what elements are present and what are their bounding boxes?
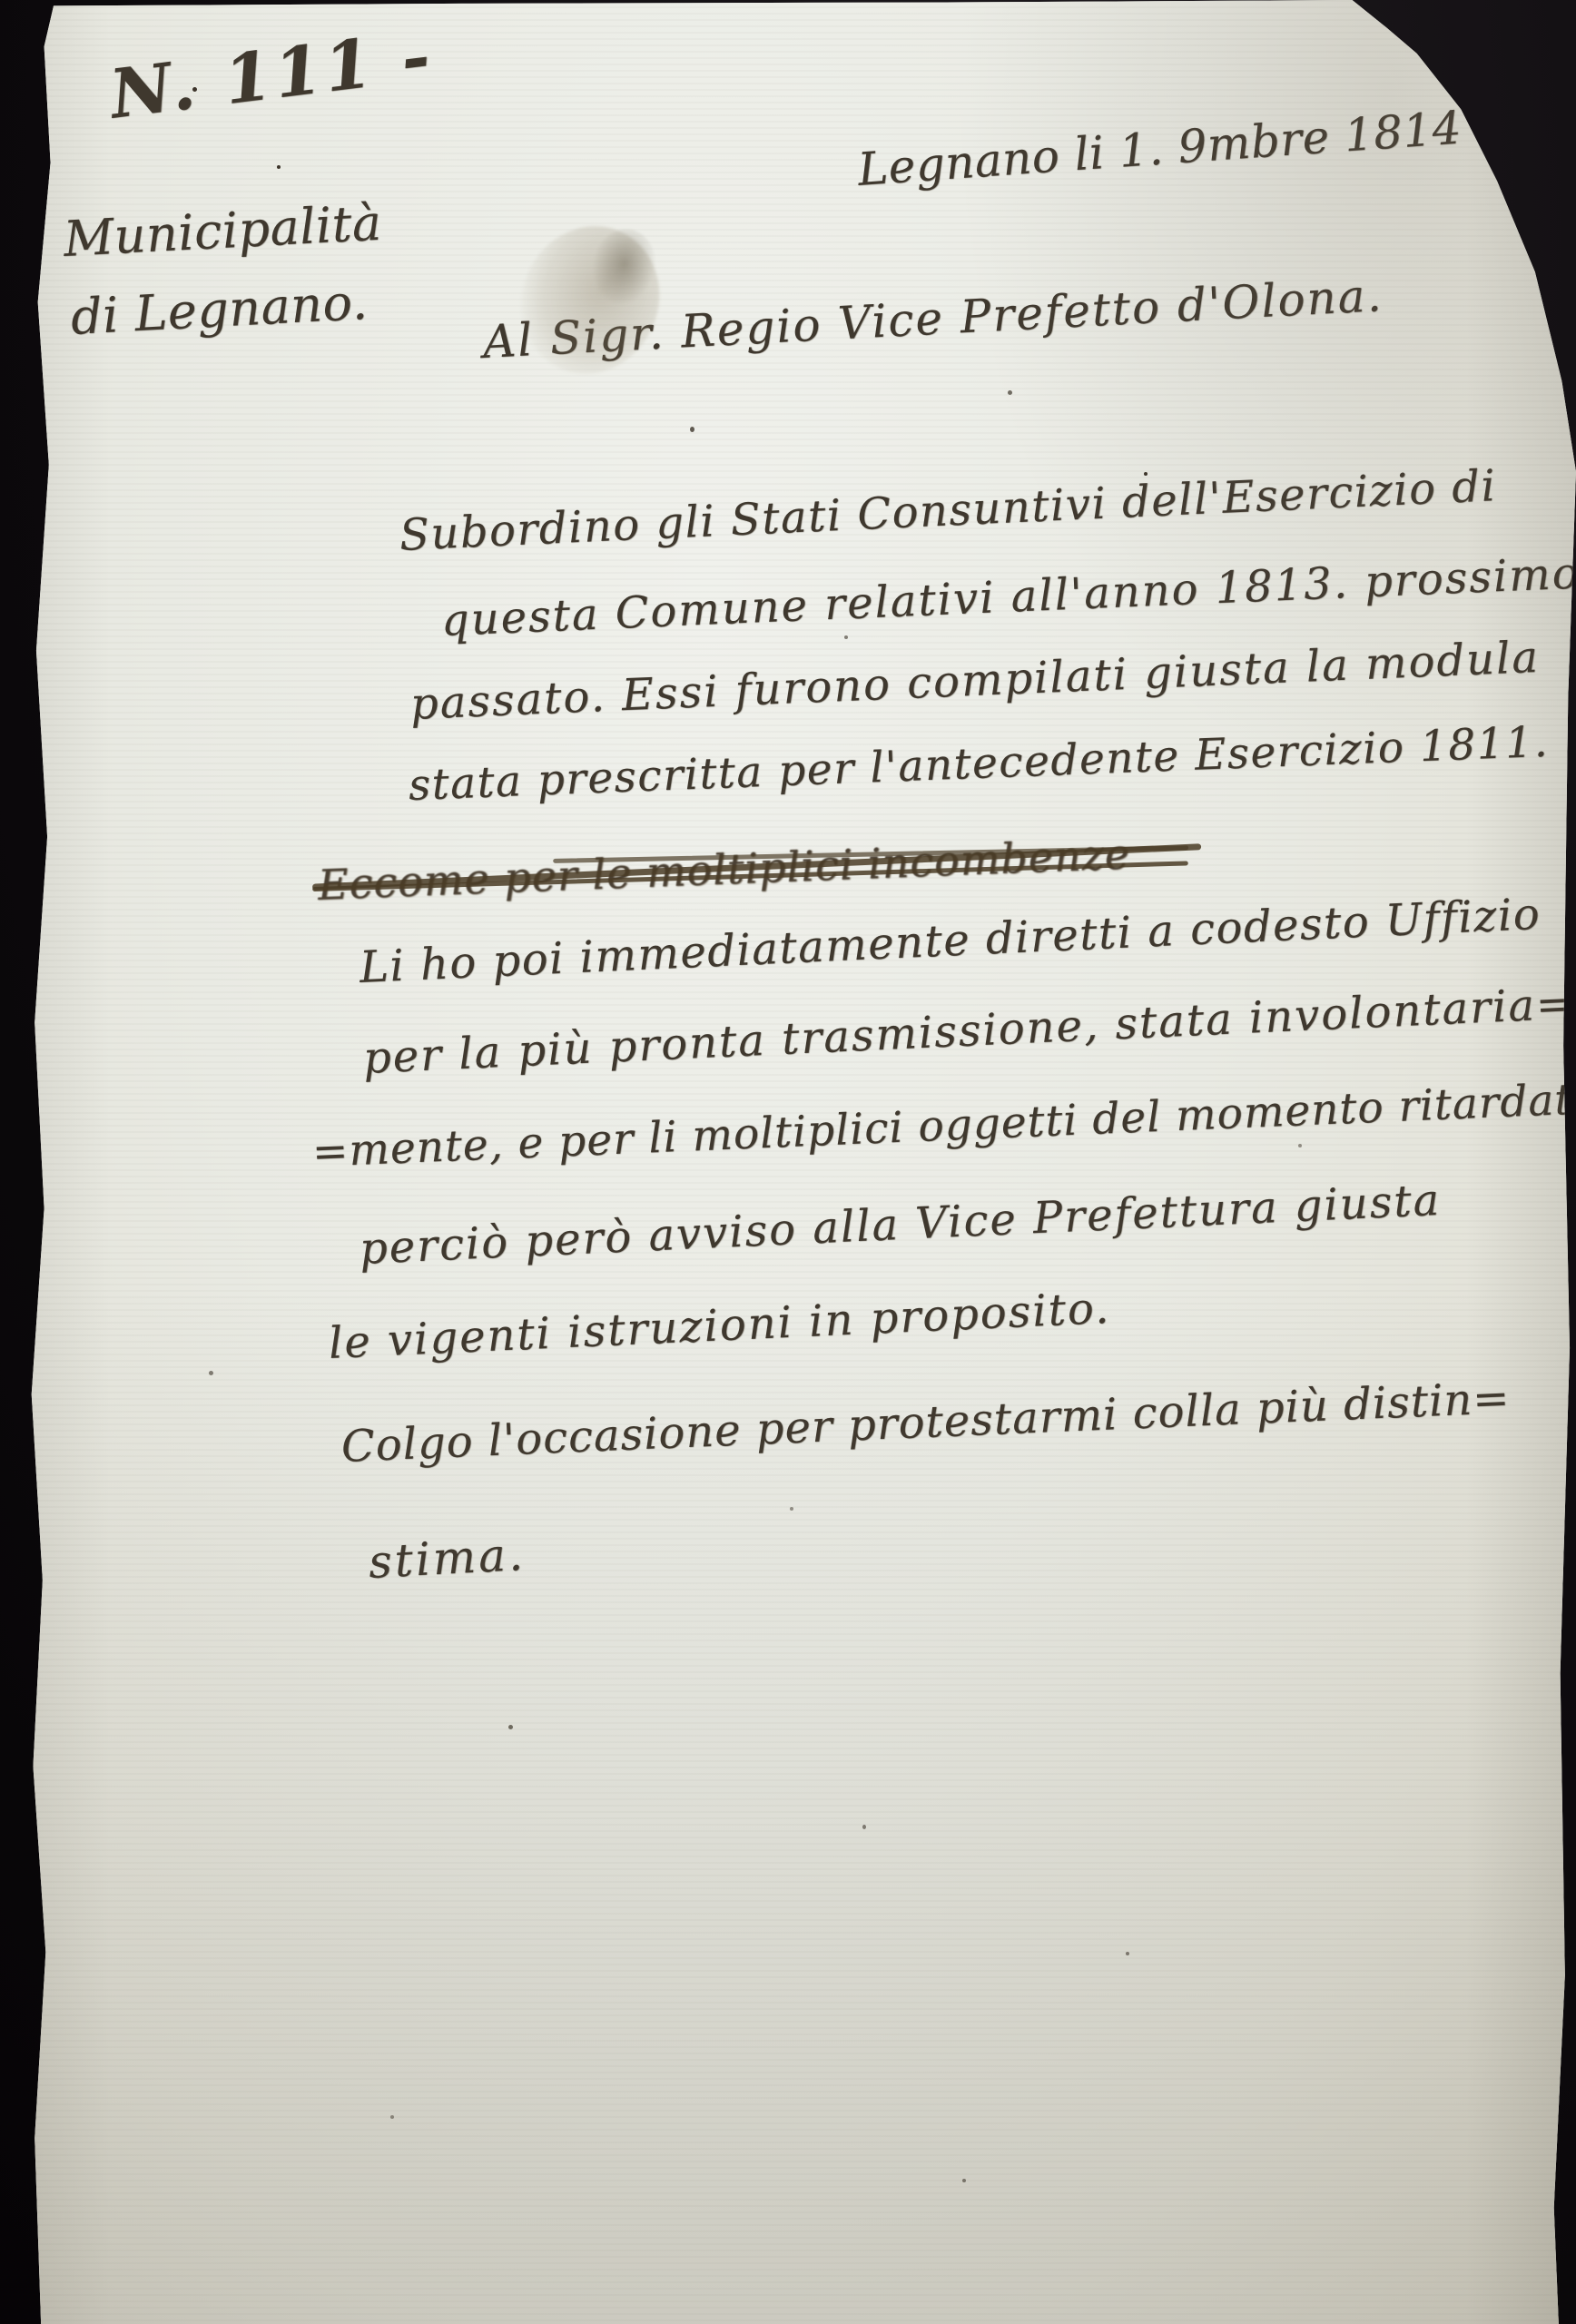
paragraph2-line5: le vigenti istruzioni in proposito. bbox=[328, 1283, 1112, 1369]
paragraph1-line2: questa Comune relativi all'anno 1813. pr… bbox=[440, 547, 1576, 646]
paragraph1-line1: Subordino gli Stati Consuntivi dell'Eser… bbox=[399, 460, 1498, 561]
closing-line2: stima. bbox=[367, 1528, 527, 1589]
salutation: Al Sigr. Regio Vice Prefetto d'Olona. bbox=[481, 269, 1384, 369]
ink-speck bbox=[1126, 1952, 1129, 1955]
ink-speck bbox=[1144, 472, 1148, 476]
paragraph2-line2: per la più pronta trasmissione, stata in… bbox=[362, 978, 1576, 1084]
paragraph2-line4: perciò però avviso alla Vice Prefettura … bbox=[359, 1175, 1443, 1275]
ink-speck bbox=[862, 1825, 866, 1829]
paragraph2-line3: =mente, e per li moltiplici oggetti del … bbox=[311, 1074, 1576, 1177]
ink-speck bbox=[962, 2179, 966, 2182]
paragraph2-line1: Li ho poi immediatamente diretti a codes… bbox=[359, 889, 1542, 993]
ink-speck bbox=[844, 635, 848, 639]
ink-speck bbox=[690, 427, 694, 432]
ink-speck bbox=[1298, 1144, 1302, 1147]
ink-smudge-stain bbox=[497, 204, 683, 397]
sender-name-line1: Municipalità bbox=[62, 194, 383, 268]
ink-speck bbox=[277, 165, 281, 169]
ink-speck bbox=[1008, 390, 1012, 395]
struck-out-line: Eccome per le moltiplici incombenze bbox=[317, 830, 1131, 910]
photo-background: N. 111 - Municipalità di Legnano. Legnan… bbox=[0, 0, 1576, 2324]
dateline: Legnano li 1. 9mbre 1814 - bbox=[856, 99, 1493, 196]
ink-speck bbox=[209, 1371, 213, 1375]
closing-line1: Colgo l'occasione per protestarmi colla … bbox=[340, 1373, 1512, 1472]
ink-smudge-stain-dark bbox=[585, 223, 663, 312]
sender-name-line2: di Legnano. bbox=[69, 273, 369, 346]
paragraph1-line4: stata prescritta per l'antecedente Eserc… bbox=[408, 717, 1550, 811]
ink-speck bbox=[508, 1725, 513, 1729]
protocol-number: N. 111 - bbox=[106, 17, 438, 134]
ink-speck bbox=[390, 2115, 394, 2119]
paper-sheet: N. 111 - Municipalità di Legnano. Legnan… bbox=[0, 0, 1576, 2324]
ink-speck bbox=[790, 1507, 793, 1511]
paragraph1-line3: passato. Essi furono compilati giusta la… bbox=[409, 632, 1541, 730]
